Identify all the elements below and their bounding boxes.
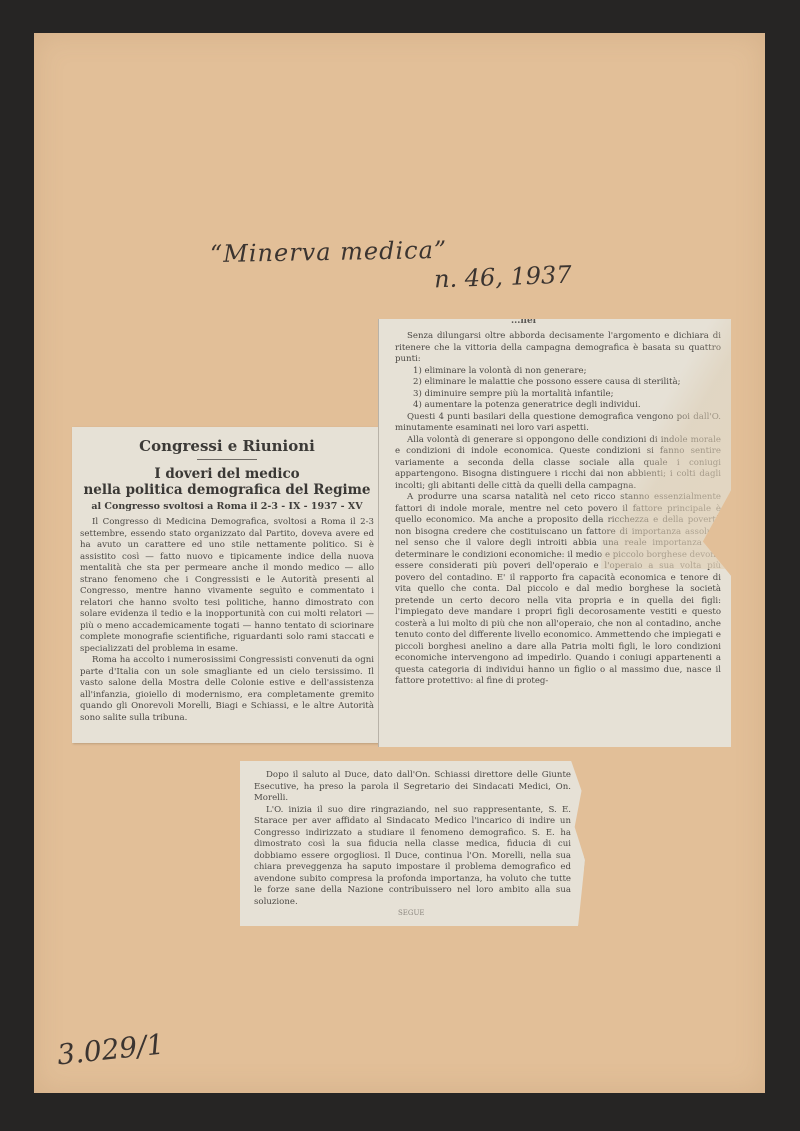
article-body: Dopo il saluto al Duce, dato dall'On. Sc… bbox=[240, 761, 585, 908]
handwritten-issue-number: n. 46, 1937 bbox=[434, 261, 572, 294]
handwritten-archive-number: 3.029/1 bbox=[56, 1027, 166, 1071]
list-item: 4) aumentare la potenza generatrice degl… bbox=[395, 400, 721, 412]
list-item: 2) eliminare le malattie che possono ess… bbox=[395, 377, 721, 389]
article-body: Il Congresso di Medicina Demografica, sv… bbox=[72, 517, 382, 724]
paragraph: L'O. inizia il suo dire ringraziando, ne… bbox=[254, 805, 571, 909]
archive-sheet: “Minerva medica” n. 46, 1937 Congressi e… bbox=[34, 33, 765, 1093]
article-subtitle: al Congresso svoltosi a Roma il 2-3 - IX… bbox=[72, 501, 382, 512]
heading-rule bbox=[197, 459, 257, 460]
paragraph: Alla volontà di generare si oppongono de… bbox=[395, 435, 721, 493]
cut-heading-fragment: ...nel bbox=[511, 319, 536, 325]
article-body: Senza dilungarsi oltre abborda decisamen… bbox=[379, 319, 731, 688]
paragraph: Il Congresso di Medicina Demografica, sv… bbox=[80, 517, 374, 655]
clipping-article-speech: Dopo il saluto al Duce, dato dall'On. Sc… bbox=[240, 761, 585, 926]
clipping-article-continuation: ...nel Senza dilungarsi oltre abborda de… bbox=[378, 319, 731, 747]
article-title-line-1: I doveri del medico bbox=[72, 466, 382, 482]
list-item: 1) eliminare la volontà di non generare; bbox=[395, 366, 721, 378]
clipping-article-intro: Congressi e Riunioni I doveri del medico… bbox=[72, 427, 382, 743]
paragraph: Dopo il saluto al Duce, dato dall'On. Sc… bbox=[254, 770, 571, 805]
paragraph: Questi 4 punti basilari della questione … bbox=[395, 412, 721, 435]
paragraph: Senza dilungarsi oltre abborda decisamen… bbox=[395, 331, 721, 366]
article-title-line-2: nella politica demografica del Regime bbox=[72, 482, 382, 498]
paragraph: A produrre una scarsa natalità nel ceto … bbox=[395, 492, 721, 688]
paragraph: Roma ha accolto i numerosissimi Congress… bbox=[80, 655, 374, 724]
section-heading: Congressi e Riunioni bbox=[72, 437, 382, 455]
continuation-stamp: SEGUE bbox=[398, 909, 425, 917]
list-item: 3) diminuire sempre più la mortalità inf… bbox=[395, 389, 721, 401]
handwritten-journal-title: “Minerva medica” bbox=[210, 236, 448, 268]
